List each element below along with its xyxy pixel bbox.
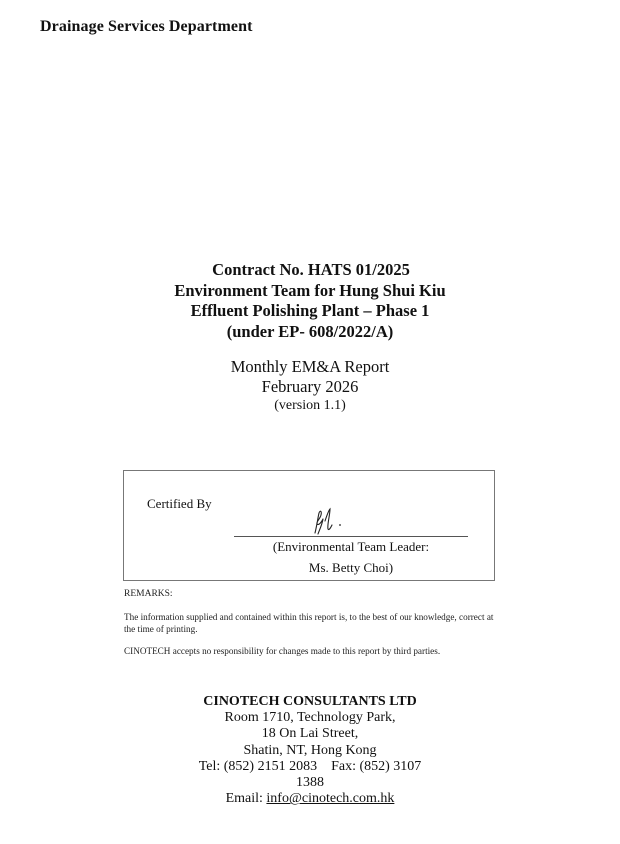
- contract-number: Contract No. HATS 01/2025: [0, 260, 620, 281]
- signature-icon: [307, 507, 347, 537]
- company-info: CINOTECH CONSULTANTS LTD Room 1710, Tech…: [0, 694, 620, 807]
- signature-line: [234, 536, 468, 537]
- signatory-title: (Environmental Team Leader:: [234, 539, 468, 555]
- address-line: Room 1710, Technology Park,: [0, 710, 620, 726]
- report-info: Monthly EM&A Report February 2026 (versi…: [0, 357, 620, 414]
- address-line: Shatin, NT, Hong Kong: [0, 743, 620, 759]
- fax: Fax: (852) 3107: [331, 759, 421, 774]
- project-plant: Effluent Polishing Plant – Phase 1: [0, 301, 620, 322]
- fax-continued: 1388: [0, 775, 620, 791]
- contract-title: Contract No. HATS 01/2025 Environment Te…: [0, 260, 620, 342]
- contact-phone-fax: Tel: (852) 2151 2083Fax: (852) 3107: [0, 759, 620, 775]
- report-version: (version 1.1): [0, 397, 620, 414]
- company-name: CINOTECH CONSULTANTS LTD: [0, 694, 620, 710]
- email-row: Email: info@cinotech.com.hk: [0, 791, 620, 807]
- remarks-label: REMARKS:: [124, 589, 173, 599]
- certification-box: Certified By (Environmental Team Leader:…: [123, 470, 495, 581]
- report-name: Monthly EM&A Report: [0, 357, 620, 377]
- report-period: February 2026: [0, 377, 620, 397]
- remarks-paragraph: The information supplied and contained w…: [124, 612, 494, 635]
- address-line: 18 On Lai Street,: [0, 726, 620, 742]
- email-label: Email:: [226, 791, 267, 806]
- telephone: Tel: (852) 2151 2083: [199, 759, 317, 774]
- signatory-name: Ms. Betty Choi): [234, 560, 468, 576]
- remarks-paragraph: CINOTECH accepts no responsibility for c…: [124, 646, 494, 656]
- department-header: Drainage Services Department: [40, 18, 253, 36]
- project-team: Environment Team for Hung Shui Kiu: [0, 281, 620, 302]
- email-link[interactable]: info@cinotech.com.hk: [266, 791, 394, 806]
- certified-by-label: Certified By: [147, 496, 212, 512]
- ep-reference: (under EP- 608/2022/A): [0, 322, 620, 343]
